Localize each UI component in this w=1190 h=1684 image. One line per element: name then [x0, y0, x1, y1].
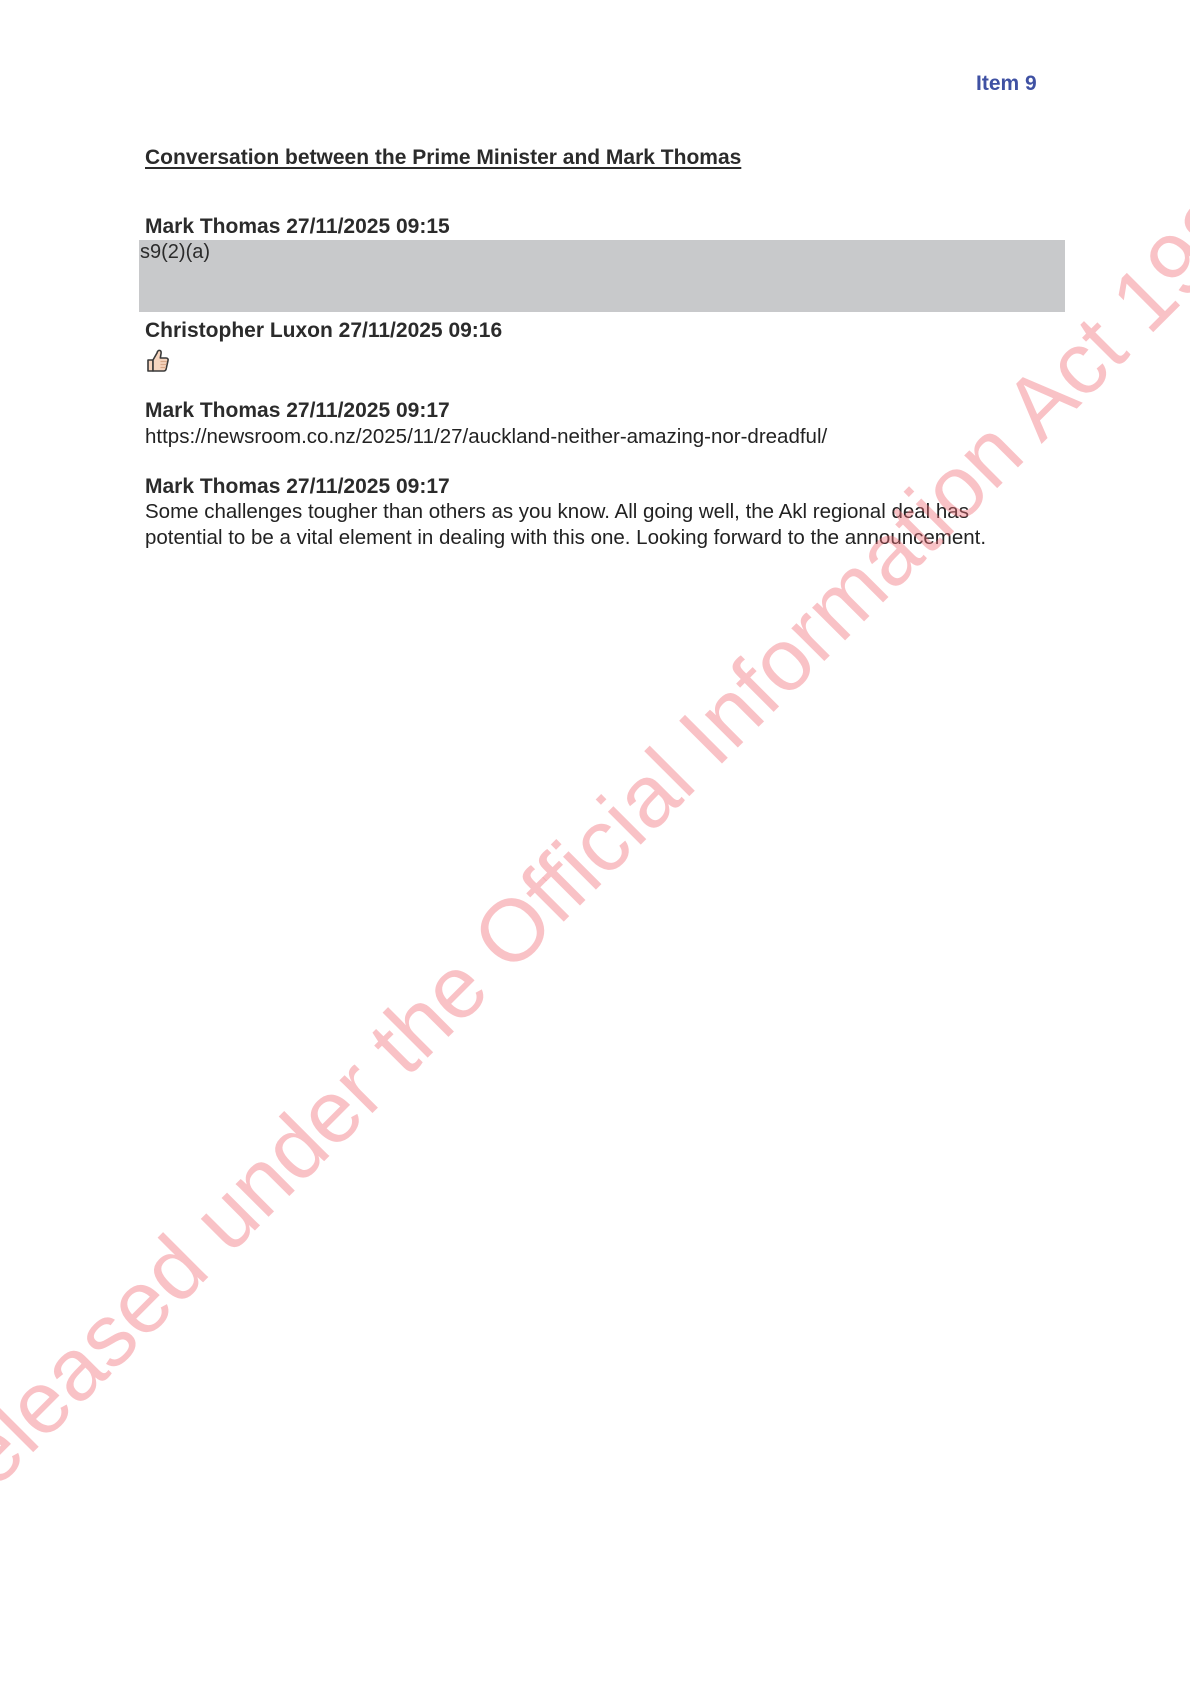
watermark: Released under the Official Information … [0, 142, 1190, 1550]
message-body-line: potential to be a vital element in deali… [145, 525, 986, 551]
message-body-line: Some challenges tougher than others as y… [145, 499, 969, 525]
redaction-code: s9(2)(a) [140, 240, 210, 264]
document-title: Conversation between the Prime Minister … [145, 146, 741, 170]
message-header: Mark Thomas 27/11/2025 09:15 [145, 215, 450, 239]
message-header: Mark Thomas 27/11/2025 09:17 [145, 399, 450, 423]
document-page: Item 9 Conversation between the Prime Mi… [0, 0, 1190, 1684]
message-header: Mark Thomas 27/11/2025 09:17 [145, 475, 450, 499]
thumbs-up-icon [145, 348, 171, 374]
item-label: Item 9 [976, 72, 1037, 96]
message-header: Christopher Luxon 27/11/2025 09:16 [145, 319, 502, 343]
message-link[interactable]: https://newsroom.co.nz/2025/11/27/auckla… [145, 424, 827, 450]
redaction-block: s9(2)(a) [139, 240, 1065, 312]
